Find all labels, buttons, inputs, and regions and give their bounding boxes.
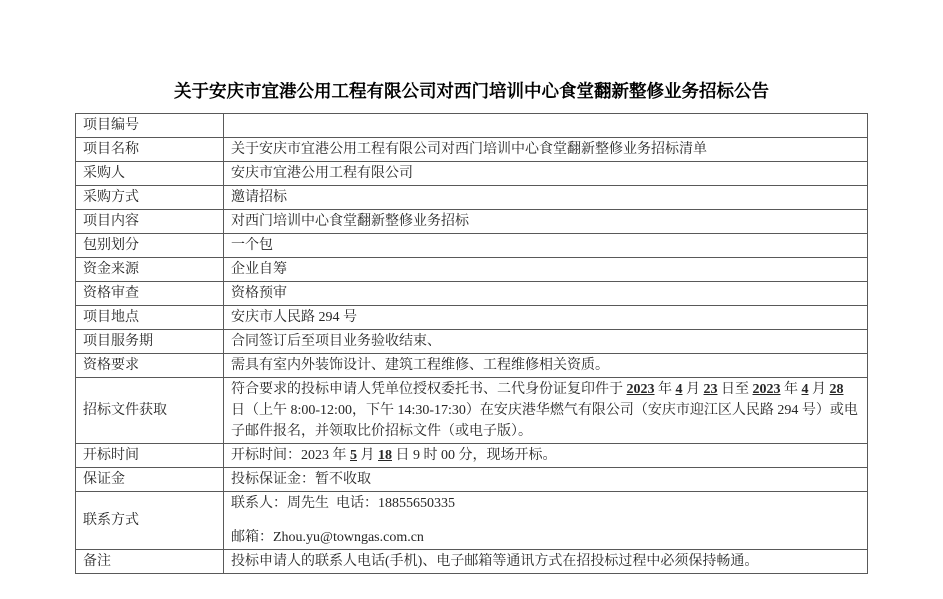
table-row: 采购方式邀请招标 (76, 186, 868, 210)
row-label: 资格审查 (76, 282, 224, 306)
emphasized-date-text: 2023 (753, 382, 781, 397)
table-row: 项目内容对西门培训中心食堂翻新整修业务招标 (76, 210, 868, 234)
table-row: 开标时间开标时间：2023 年 5 月 18 日 9 时 00 分，现场开标。 (76, 444, 868, 468)
row-value: 企业自筹 (224, 258, 868, 282)
table-row: 资格审查资格预审 (76, 282, 868, 306)
text-segment: 对西门培训中心食堂翻新整修业务招标 (231, 214, 469, 229)
row-value-paragraph: 需具有室内外装饰设计、建筑工程维修、工程维修相关资质。 (231, 355, 860, 376)
row-label: 开标时间 (76, 444, 224, 468)
row-label: 项目内容 (76, 210, 224, 234)
text-segment: 年 (655, 382, 676, 397)
row-label: 资金来源 (76, 258, 224, 282)
row-value: 一个包 (224, 234, 868, 258)
table-row: 项目地点安庆市人民路 294 号 (76, 306, 868, 330)
text-segment: 月 (683, 382, 704, 397)
row-value: 合同签订后至项目业务验收结束、 (224, 330, 868, 354)
text-segment: 日至 (718, 382, 753, 397)
row-value: 资格预审 (224, 282, 868, 306)
row-value: 关于安庆市宜港公用工程有限公司对西门培训中心食堂翻新整修业务招标清单 (224, 138, 868, 162)
emphasized-date-text: 18 (378, 448, 392, 463)
row-value-paragraph: 关于安庆市宜港公用工程有限公司对西门培训中心食堂翻新整修业务招标清单 (231, 139, 860, 160)
row-value: 对西门培训中心食堂翻新整修业务招标 (224, 210, 868, 234)
row-label: 项目名称 (76, 138, 224, 162)
row-value-paragraph (231, 115, 860, 136)
table-row: 联系方式联系人：周先生 电话：18855650335邮箱：Zhou.yu@tow… (76, 492, 868, 550)
row-label: 项目地点 (76, 306, 224, 330)
table-row: 包别划分一个包 (76, 234, 868, 258)
row-value-paragraph: 企业自筹 (231, 259, 860, 280)
row-value-paragraph: 联系人：周先生 电话：18855650335 (231, 493, 860, 514)
emphasized-date-text: 5 (350, 448, 357, 463)
row-label: 采购方式 (76, 186, 224, 210)
table-row: 项目名称关于安庆市宜港公用工程有限公司对西门培训中心食堂翻新整修业务招标清单 (76, 138, 868, 162)
announcement-table: 项目编号 项目名称关于安庆市宜港公用工程有限公司对西门培训中心食堂翻新整修业务招… (75, 113, 868, 574)
emphasized-date-text: 2023 (627, 382, 655, 397)
row-label: 项目服务期 (76, 330, 224, 354)
row-label: 项目编号 (76, 114, 224, 138)
row-value-paragraph: 对西门培训中心食堂翻新整修业务招标 (231, 211, 860, 232)
text-segment: 邀请招标 (231, 190, 287, 205)
text-segment: 邮箱：Zhou.yu@towngas.com.cn (231, 530, 424, 545)
table-row: 资金来源企业自筹 (76, 258, 868, 282)
row-value: 需具有室内外装饰设计、建筑工程维修、工程维修相关资质。 (224, 354, 868, 378)
page: 关于安庆市宜港公用工程有限公司对西门培训中心食堂翻新整修业务招标公告 项目编号 … (0, 0, 943, 599)
emphasized-date-text: 4 (676, 382, 683, 397)
text-segment: 开标时间：2023 年 (231, 448, 350, 463)
emphasized-date-text: 4 (802, 382, 809, 397)
row-value-paragraph: 邀请招标 (231, 187, 860, 208)
text-segment: 安庆市人民路 294 号 (231, 310, 357, 325)
row-value-paragraph: 安庆市人民路 294 号 (231, 307, 860, 328)
text-segment: 需具有室内外装饰设计、建筑工程维修、工程维修相关资质。 (231, 358, 609, 373)
row-value-paragraph: 邮箱：Zhou.yu@towngas.com.cn (231, 527, 860, 548)
announcement-table-body: 项目编号 项目名称关于安庆市宜港公用工程有限公司对西门培训中心食堂翻新整修业务招… (76, 114, 868, 574)
text-segment: 资格预审 (231, 286, 287, 301)
table-row: 项目服务期合同签订后至项目业务验收结束、 (76, 330, 868, 354)
row-label: 资格要求 (76, 354, 224, 378)
row-value-paragraph: 投标保证金：暂不收取 (231, 469, 860, 490)
table-row: 保证金投标保证金：暂不收取 (76, 468, 868, 492)
text-segment: 符合要求的投标申请人凭单位授权委托书、二代身份证复印件于 (231, 382, 627, 397)
row-label: 包别划分 (76, 234, 224, 258)
table-row: 资格要求需具有室内外装饰设计、建筑工程维修、工程维修相关资质。 (76, 354, 868, 378)
text-segment: 合同签订后至项目业务验收结束、 (231, 334, 441, 349)
text-segment: 联系人：周先生 电话：18855650335 (231, 496, 455, 511)
text-segment: 月 (809, 382, 830, 397)
row-value-paragraph: 安庆市宜港公用工程有限公司 (231, 163, 860, 184)
row-value: 邀请招标 (224, 186, 868, 210)
text-segment: 投标申请人的联系人电话(手机)、电子邮箱等通讯方式在招投标过程中必须保持畅通。 (231, 554, 758, 569)
table-row: 招标文件获取符合要求的投标申请人凭单位授权委托书、二代身份证复印件于 2023 … (76, 378, 868, 444)
row-value: 符合要求的投标申请人凭单位授权委托书、二代身份证复印件于 2023 年 4 月 … (224, 378, 868, 444)
text-segment: 关于安庆市宜港公用工程有限公司对西门培训中心食堂翻新整修业务招标清单 (231, 142, 707, 157)
page-title: 关于安庆市宜港公用工程有限公司对西门培训中心食堂翻新整修业务招标公告 (0, 0, 943, 113)
row-label: 保证金 (76, 468, 224, 492)
text-segment: 月 (357, 448, 378, 463)
row-value-paragraph: 投标申请人的联系人电话(手机)、电子邮箱等通讯方式在招投标过程中必须保持畅通。 (231, 551, 860, 572)
row-label: 备注 (76, 550, 224, 574)
row-label: 采购人 (76, 162, 224, 186)
emphasized-date-text: 23 (704, 382, 718, 397)
emphasized-date-text: 28 (830, 382, 844, 397)
row-value-paragraph: 开标时间：2023 年 5 月 18 日 9 时 00 分，现场开标。 (231, 445, 860, 466)
row-value: 开标时间：2023 年 5 月 18 日 9 时 00 分，现场开标。 (224, 444, 868, 468)
row-label: 招标文件获取 (76, 378, 224, 444)
row-value (224, 114, 868, 138)
table-row: 备注投标申请人的联系人电话(手机)、电子邮箱等通讯方式在招投标过程中必须保持畅通… (76, 550, 868, 574)
row-value-paragraph: 符合要求的投标申请人凭单位授权委托书、二代身份证复印件于 2023 年 4 月 … (231, 379, 860, 442)
row-value-paragraph: 资格预审 (231, 283, 860, 304)
row-value-paragraph: 一个包 (231, 235, 860, 256)
table-row: 采购人安庆市宜港公用工程有限公司 (76, 162, 868, 186)
text-segment: 投标保证金：暂不收取 (231, 472, 371, 487)
row-value: 投标保证金：暂不收取 (224, 468, 868, 492)
row-value: 安庆市宜港公用工程有限公司 (224, 162, 868, 186)
text-segment: 日 9 时 00 分，现场开标。 (392, 448, 557, 463)
row-value: 联系人：周先生 电话：18855650335邮箱：Zhou.yu@towngas… (224, 492, 868, 550)
text-segment: 安庆市宜港公用工程有限公司 (231, 166, 413, 181)
row-label: 联系方式 (76, 492, 224, 550)
text-segment: 年 (781, 382, 802, 397)
row-value-paragraph: 合同签订后至项目业务验收结束、 (231, 331, 860, 352)
text-segment: 一个包 (231, 238, 273, 253)
text-segment: 企业自筹 (231, 262, 287, 277)
table-row: 项目编号 (76, 114, 868, 138)
row-value: 安庆市人民路 294 号 (224, 306, 868, 330)
row-value: 投标申请人的联系人电话(手机)、电子邮箱等通讯方式在招投标过程中必须保持畅通。 (224, 550, 868, 574)
